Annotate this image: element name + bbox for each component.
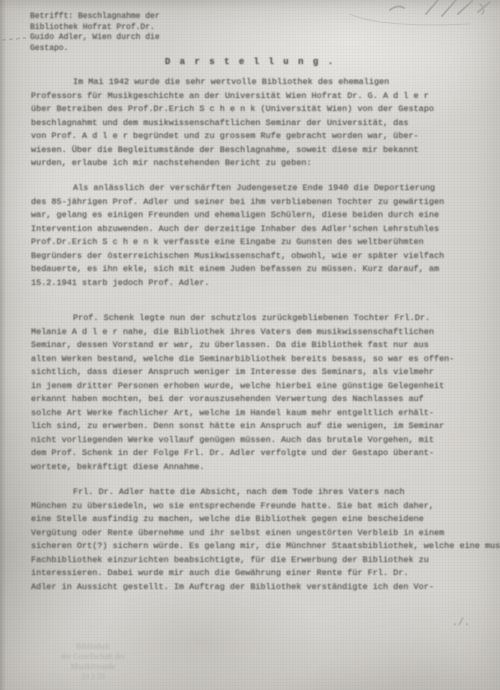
typed-line: Musikfreunde <box>28 662 158 672</box>
typed-line: dem Prof. Schenk in der Folge Frl. Dr. A… <box>31 447 473 461</box>
typed-line: Begründers der österreichischen Musikwis… <box>31 250 473 264</box>
typed-line: Als anlässlich der verschärften Judenges… <box>31 182 473 196</box>
typed-line: Prof.Dr.Erich S c h e n k verfasste eine… <box>31 236 473 250</box>
typed-line: des 85-jährigen Prof. Adler und seiner b… <box>31 196 473 210</box>
typed-line: der Gesellschaft der <box>28 652 158 662</box>
typed-line: sicheren Ort(?) sichern würde. Es gelang… <box>31 540 473 554</box>
typed-line: lich sind, zu erwerben. Denn sonst hätte… <box>31 420 473 434</box>
scanned-document-page: Betrifft: Beschlagnahme derBibliothek Ho… <box>0 0 500 690</box>
typed-line: erkannt haben mochten, bei der vorauszus… <box>31 393 473 407</box>
stamp: Bibliothekder Gesellschaft derMusikfreun… <box>28 642 158 682</box>
typed-line: sichtlich, dass dieser Anspruch weniger … <box>31 366 473 380</box>
typed-line: Frl. Dr. Adler hatte die Absicht, nach d… <box>31 486 473 500</box>
typed-line: Professors für Musikgeschichte an der Un… <box>31 90 473 104</box>
typed-line: beschlagnahmt und dem musikwissenschaftl… <box>31 117 473 131</box>
typed-line: wortete, bekräftigt diese Annahme. <box>31 461 473 475</box>
typed-line: Bibliothek Hofrat Prof.Dr. <box>30 23 190 34</box>
typed-line: Betrifft: Beschlagnahme der <box>30 12 190 23</box>
subject-annotation: Betrifft: Beschlagnahme derBibliothek Ho… <box>30 12 190 54</box>
typed-line: solche Art Werke fachlicher Art, welche … <box>31 407 473 421</box>
typed-line: Gestapo. <box>30 44 190 55</box>
typed-line: Vergütung oder Rente übernehme und ihr s… <box>31 527 473 541</box>
pencil-scribble-icon <box>330 0 500 55</box>
typed-line: 15.2.1941 starb jedoch Prof. Adler. <box>31 277 473 291</box>
typed-line: Bibliothek <box>28 642 158 652</box>
paragraph: Frl. Dr. Adler hatte die Absicht, nach d… <box>31 486 473 594</box>
typed-line: von Prof. A d l e r begründet und zu gro… <box>31 130 473 144</box>
typed-line: interessieren. Dabei wurde mir auch die … <box>31 567 473 581</box>
typed-line: war, gelang es einigen Freunden und ehem… <box>31 209 473 223</box>
typed-line: nicht vorliegenden Werke vollauf genügen… <box>31 434 473 448</box>
typed-line: eine Stelle ausfindig zu machen, welche … <box>31 513 473 527</box>
continuation-mark: ./. <box>452 618 470 629</box>
paragraph: Im Mai 1942 wurde die sehr wertvolle Bib… <box>31 76 473 171</box>
typed-line: Seminar, dessen Vorstand er war, zu über… <box>31 339 473 353</box>
paragraph: Prof. Schenk legte nun der schutzlos zur… <box>31 312 473 474</box>
margin-dash-icon <box>0 30 30 50</box>
typed-line: Melanie A d l e r nahe, die Bibliothek i… <box>31 326 473 340</box>
paragraph: Als anlässlich der verschärften Judenges… <box>31 182 473 290</box>
typed-line: wurden, erlaube ich mir nachstehenden Be… <box>31 157 473 171</box>
typed-line: Adler in Aussicht gestellt. Im Auftrag d… <box>31 581 473 595</box>
typed-line: alten Werken bestand, welche die Seminar… <box>31 353 473 367</box>
document-heading: D a r s t e l l u n g . <box>0 57 500 67</box>
typed-line: Prof. Schenk legte nun der schutzlos zur… <box>31 312 473 326</box>
typed-line: wiesen. Über die Begleitumstände der Bes… <box>31 144 473 158</box>
typed-line: Fachbibliothek einzurichten beabsichtigt… <box>31 554 473 568</box>
typed-line: München zu übersiedeln, wo sie entsprech… <box>31 500 473 514</box>
typed-line: Guido Adler, Wien durch die <box>30 33 190 44</box>
typed-line: in jenem dritter Personen erhoben wurde,… <box>31 380 473 394</box>
typed-line: über Betreiben des Prof.Dr.Erich S c h e… <box>31 103 473 117</box>
typed-line: Im Mai 1942 wurde die sehr wertvolle Bib… <box>31 76 473 90</box>
typed-line: 33 2 55 <box>28 672 158 682</box>
typed-line: Intervention abzuwenden. Auch der derzei… <box>31 223 473 237</box>
typed-line: bedauerte, es ihn ekle, sich mit einem J… <box>31 263 473 277</box>
